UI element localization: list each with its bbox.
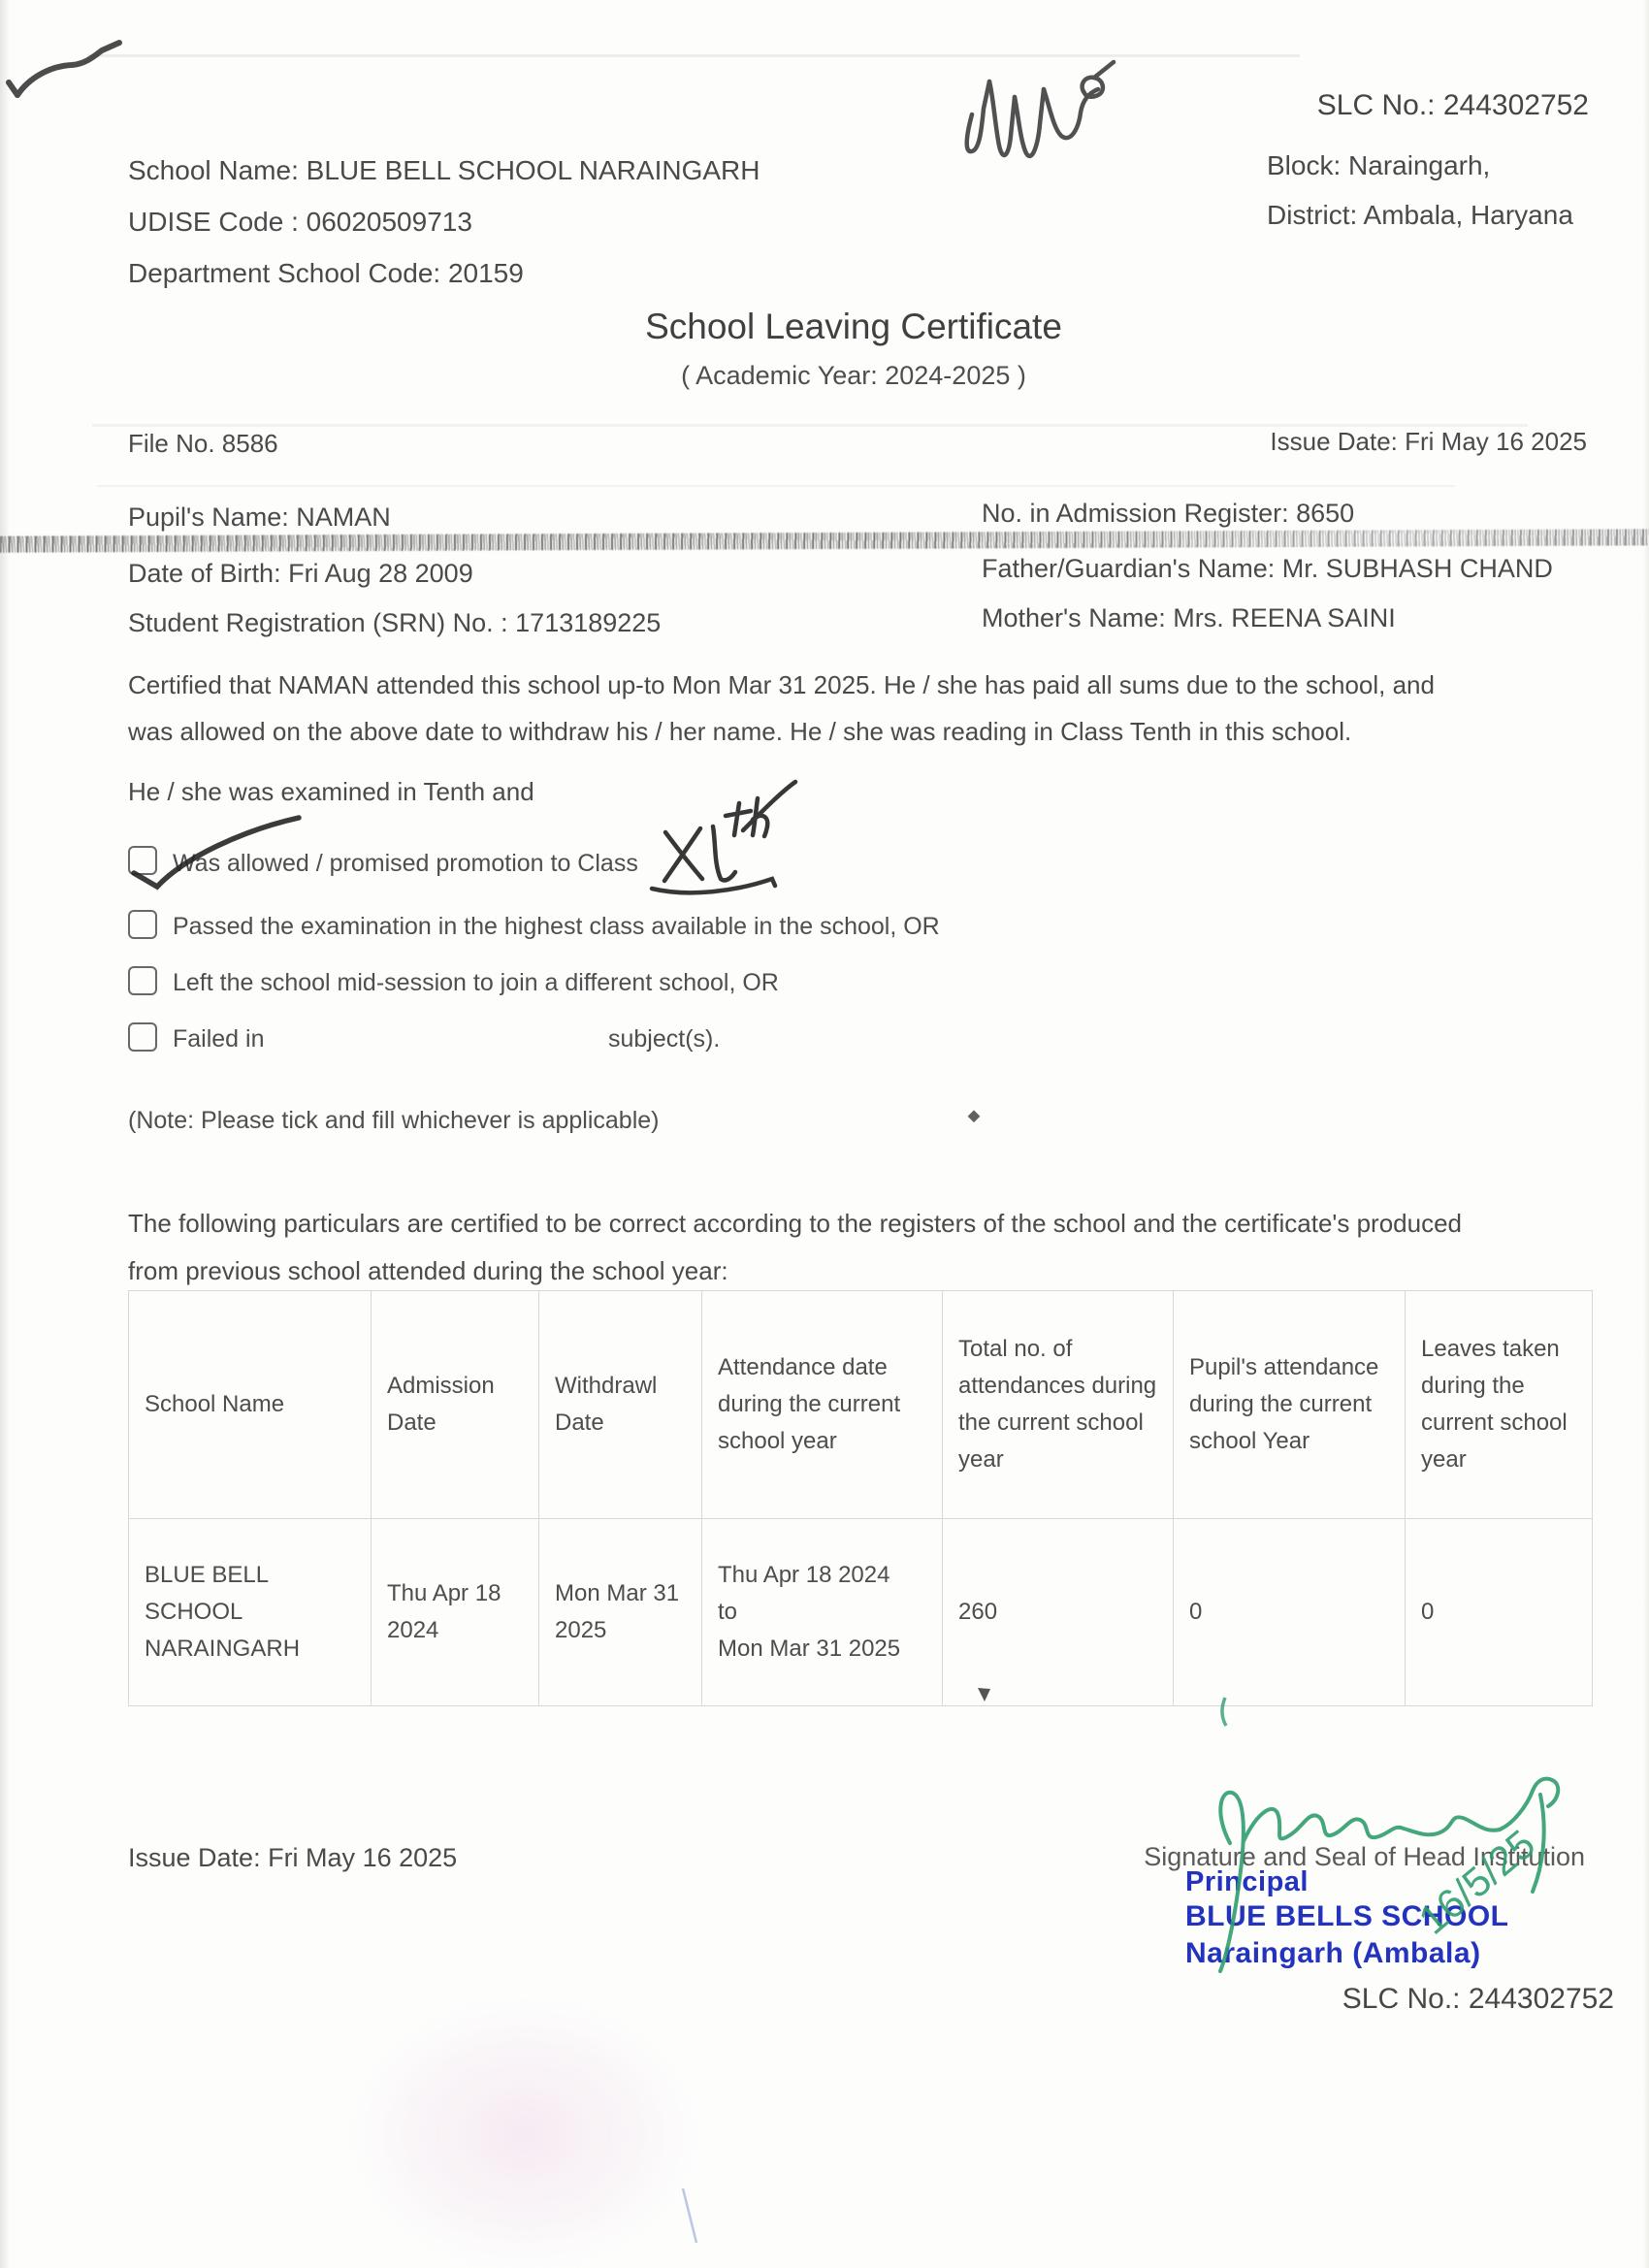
table-header-leaves-taken: Leaves taken during the current school y… xyxy=(1405,1291,1592,1518)
table-cell-attendance-date: Thu Apr 18 2024 to Mon Mar 31 2025 xyxy=(701,1518,942,1705)
admission-register-line: No. in Admission Register: 8650 xyxy=(982,499,1354,529)
handwritten-scribble-top-right xyxy=(967,62,1114,156)
table-header-admission-date: Admission Date xyxy=(371,1291,538,1518)
handwritten-class-xith xyxy=(652,782,795,892)
slc-number-bottom: SLC No.: 244302752 xyxy=(1342,1983,1614,2016)
certification-paragraph: Certified that NAMAN attended this schoo… xyxy=(128,662,1649,755)
table-header-total-attendances: Total no. of attendances during the curr… xyxy=(942,1291,1173,1518)
srn-line: Student Registration (SRN) No. : 1713189… xyxy=(128,608,661,638)
stamp-school-name: BLUE BELLS SCHOOL xyxy=(1185,1900,1509,1933)
pupil-name-line: Pupil's Name: NAMAN xyxy=(128,502,391,533)
pen-mark-top-left xyxy=(9,43,119,95)
checkbox-failed-in xyxy=(128,1022,157,1052)
certificate-title: School Leaving Certificate xyxy=(0,307,1649,347)
father-name-line: Father/Guardian's Name: Mr. SUBHASH CHAN… xyxy=(982,554,1553,584)
slc-number-top: SLC No.: 244302752 xyxy=(1317,89,1589,122)
scan-speck-diamond xyxy=(968,1110,981,1122)
date-of-birth-line: Date of Birth: Fri Aug 28 2009 xyxy=(128,559,473,589)
note-line: (Note: Please tick and fill whichever is… xyxy=(128,1107,659,1135)
subjects-suffix: subject(s). xyxy=(608,1025,720,1053)
issue-date-top: Issue Date: Fri May 16 2025 xyxy=(1270,427,1587,457)
checkbox-failed-in-label: Failed in xyxy=(173,1025,265,1053)
stamp-location: Naraingarh (Ambala) xyxy=(1185,1937,1481,1970)
table-cell-withdrawl-date: Mon Mar 31 2025 xyxy=(538,1518,701,1705)
scan-smudge-line xyxy=(87,54,1300,57)
checkbox-left-mid-session xyxy=(128,966,157,995)
table-header-school-name: School Name xyxy=(129,1291,371,1518)
file-number: File No. 8586 xyxy=(128,429,278,459)
checkbox-passed-highest-class-label: Passed the examination in the highest cl… xyxy=(173,913,940,941)
scan-stain xyxy=(349,1998,698,2268)
checkbox-left-mid-session-label: Left the school mid-session to join a di… xyxy=(173,969,779,997)
table-header-attendance-date: Attendance date during the current schoo… xyxy=(701,1291,942,1518)
scanned-school-leaving-certificate: SLC No.: 244302752 School Name: BLUE BEL… xyxy=(0,0,1649,2268)
department-school-code-line: Department School Code: 20159 xyxy=(128,258,524,289)
academic-year-subtitle: ( Academic Year: 2024-2025 ) xyxy=(0,361,1649,391)
table-cell-pupil-attendance: 0 xyxy=(1173,1518,1405,1705)
district-line: District: Ambala, Haryana xyxy=(1267,200,1573,231)
scan-smudge-line xyxy=(97,485,1455,487)
table-cell-leaves-taken: 0 xyxy=(1405,1518,1592,1705)
udise-code-line: UDISE Code : 06020509713 xyxy=(128,207,472,238)
checkbox-promotion-label: Was allowed / promised promotion to Clas… xyxy=(173,850,638,878)
particulars-intro: The following particulars are certified … xyxy=(128,1200,1649,1295)
particulars-table: School Name Admission Date Withdrawl Dat… xyxy=(128,1290,1593,1706)
school-name-line: School Name: BLUE BELL SCHOOL NARAINGARH xyxy=(128,155,760,186)
table-header-pupil-attendance: Pupil's attendance during the current sc… xyxy=(1173,1291,1405,1518)
checkbox-passed-highest-class xyxy=(128,910,157,939)
mother-name-line: Mother's Name: Mrs. REENA SAINI xyxy=(982,603,1396,633)
table-cell-school-name: BLUE BELL SCHOOL NARAINGARH xyxy=(129,1518,371,1705)
table-header-withdrawl-date: Withdrawl Date xyxy=(538,1291,701,1518)
table-cell-total-attendances: 260 xyxy=(942,1518,1173,1705)
checkbox-promotion xyxy=(128,846,157,875)
table-cell-admission-date: Thu Apr 18 2024 xyxy=(371,1518,538,1705)
stamp-principal: Principal xyxy=(1185,1866,1309,1898)
issue-date-bottom: Issue Date: Fri May 16 2025 xyxy=(128,1843,457,1873)
block-line: Block: Naraingarh, xyxy=(1267,150,1490,181)
examined-line: He / she was examined in Tenth and xyxy=(128,777,534,807)
